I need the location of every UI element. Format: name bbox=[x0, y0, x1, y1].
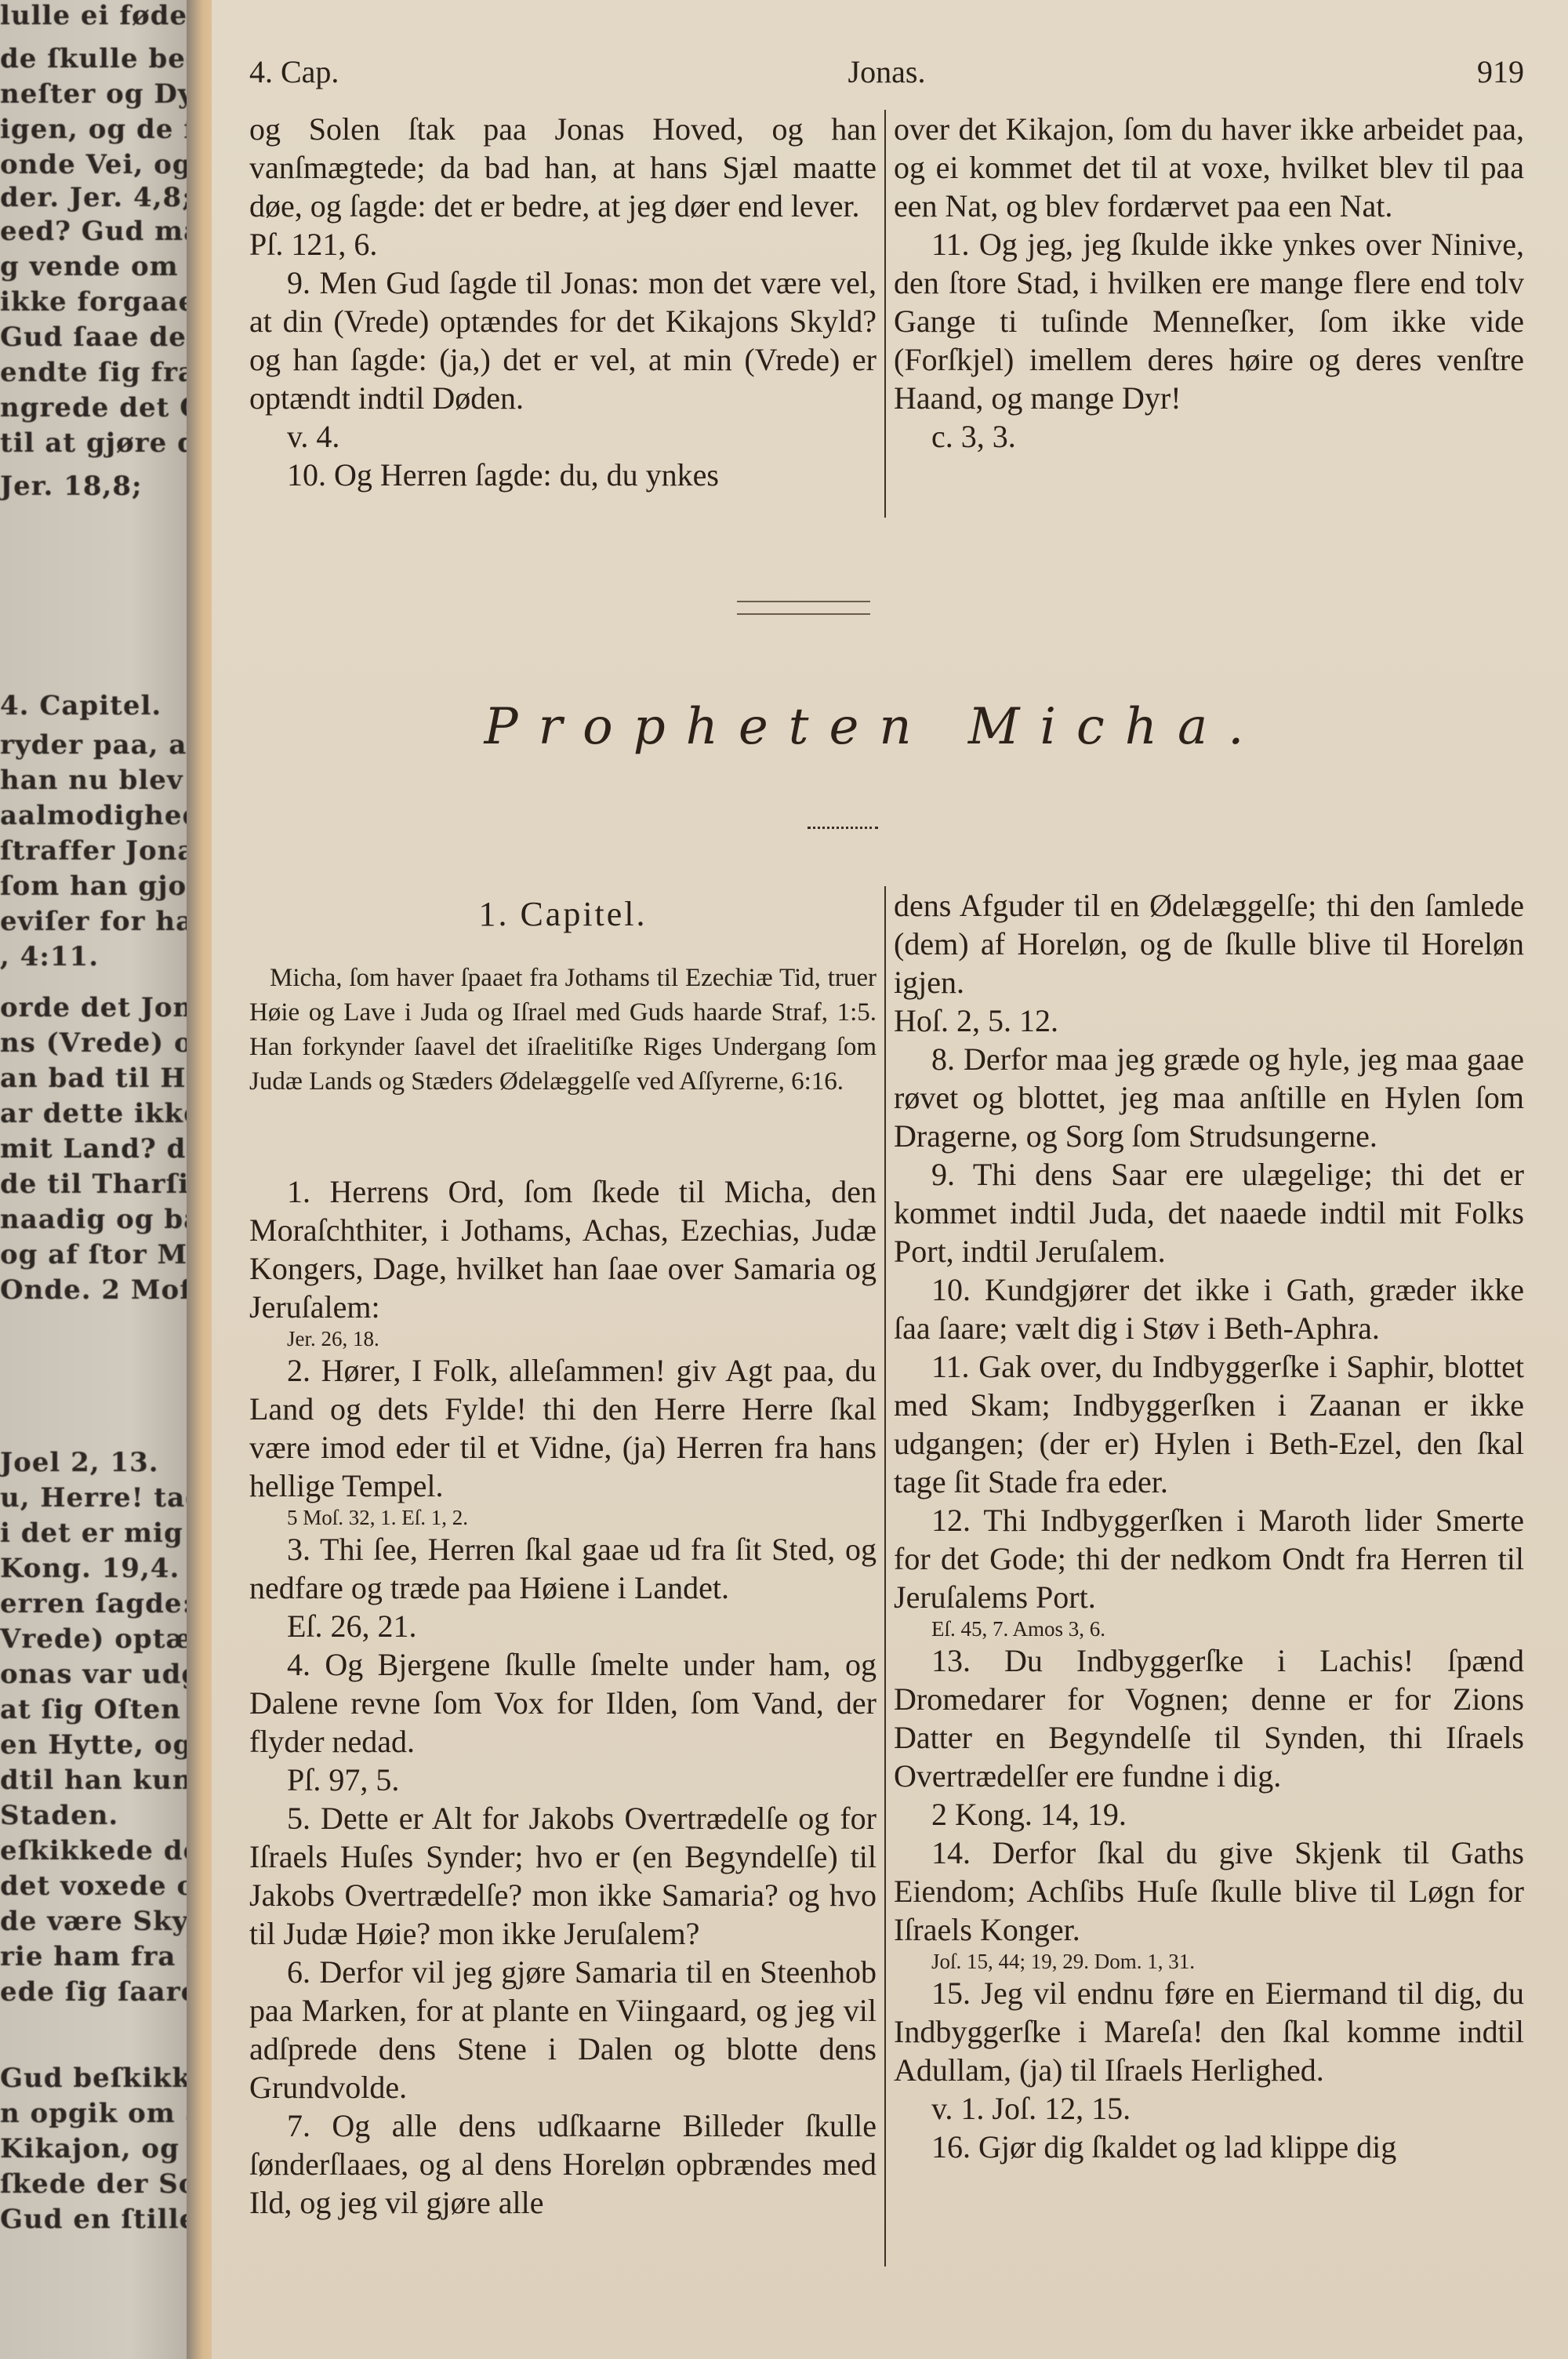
facing-page-line: det voxede op over J bbox=[0, 1870, 187, 1902]
facing-page-fragment: lulle ei fødes ogde ſkulle bedækkes medn… bbox=[0, 0, 187, 2359]
verse-text: 9. Men Gud ſagde til Jonas: mon det være… bbox=[249, 265, 877, 416]
verse-paragraph: 9. Thi dens Saar ere ulægelige; thi det … bbox=[894, 1155, 1524, 1270]
cross-reference: c. 3, 3. bbox=[894, 417, 1524, 456]
verse-text: 16. Gjør dig ſkaldet og lad klippe dig bbox=[931, 2129, 1396, 2165]
facing-page-line: endte ſig fra deres ond bbox=[0, 357, 187, 388]
verse-paragraph: 9. Men Gud ſagde til Jonas: mon det være… bbox=[249, 264, 877, 456]
cross-reference: Hoſ. 2, 5. 12. bbox=[894, 1001, 1524, 1040]
facing-page-line: ar dette ikke mit Ord, bbox=[0, 1098, 187, 1129]
verse-paragraph: 10. Og Herren ſagde: du, du ynkes bbox=[249, 456, 877, 494]
facing-page-line: dtil han kunde ſee, hvad bbox=[0, 1765, 187, 1796]
facing-page-line: Onde. 2 Moſ. 34 bbox=[0, 1274, 187, 1306]
column-rule bbox=[884, 110, 886, 518]
cross-reference: Pſ. 121, 6. bbox=[249, 225, 877, 264]
facing-page-line: ſom han gjorde for ham bbox=[0, 871, 187, 902]
facing-page-line: Gud en ſtille Østen bbox=[0, 2204, 187, 2235]
facing-page-line: de ſkulle bedækkes med bbox=[0, 43, 187, 75]
verse-paragraph: over det Kikajon, ſom du haver ikke arbe… bbox=[894, 110, 1524, 225]
facing-page-line: og af ſtor Miſkundhed bbox=[0, 1239, 187, 1270]
verse-text: 3. Thi ſee, Herren ſkal gaae ud fra ſit … bbox=[249, 1532, 877, 1605]
facing-page-line: neſter og Dyr, og ra bbox=[0, 78, 187, 110]
verse-paragraph: 1. Herrens Ord, ſom ſkede til Micha, den… bbox=[249, 1172, 877, 1351]
cross-reference: Jer. 26, 18. bbox=[249, 1326, 877, 1351]
jonas-right-column: over det Kikajon, ſom du haver ikke arbe… bbox=[894, 110, 1524, 456]
cross-reference: v. 1. Joſ. 12, 15. bbox=[894, 2089, 1524, 2128]
facing-page-line: Kong. 19,4. Job 7,16; bbox=[0, 1553, 187, 1584]
verse-text: over det Kikajon, ſom du haver ikke arbe… bbox=[894, 111, 1524, 224]
verse-paragraph: 13. Du Indbyggerſke i Lachis! ſpænd Drom… bbox=[894, 1641, 1524, 1834]
verse-text: 14. Derfor ſkal du give Skjenk til Gaths… bbox=[894, 1835, 1524, 1947]
facing-page-line: ede ſig ſaare meget ved bbox=[0, 1976, 187, 2008]
verse-paragraph: 10. Kundgjører det ikke i Gath, græder i… bbox=[894, 1270, 1524, 1347]
running-head-chapter: 4. Cap. bbox=[249, 53, 339, 90]
facing-page-line: en Hytte, og ſad derun bbox=[0, 1729, 187, 1761]
verse-text: 13. Du Indbyggerſke i Lachis! ſpænd Drom… bbox=[894, 1643, 1524, 1794]
verse-paragraph: 2. Hører, I Folk, alleſammen! giv Agt pa… bbox=[249, 1351, 877, 1530]
verse-text: 1. Herrens Ord, ſom ſkede til Micha, den… bbox=[249, 1174, 877, 1325]
facing-page-line: han nu blev anſeet ſom en bbox=[0, 765, 187, 796]
verse-text: 15. Jeg vil endnu føre en Eiermand til d… bbox=[894, 1976, 1524, 2088]
facing-page-line: Vrede) optændes? bbox=[0, 1623, 187, 1655]
verse-paragraph: 11. Og jeg, jeg ſkulde ikke ynkes over N… bbox=[894, 225, 1524, 456]
verse-text: 8. Derfor maa jeg græde og hyle, jeg maa… bbox=[894, 1041, 1524, 1154]
facing-page-line: Joel 2, 13. bbox=[0, 1447, 159, 1478]
book-title: Propheten Micha. bbox=[0, 698, 1568, 756]
verse-paragraph: 5. Dette er Alt for Jakobs Overtrædelſe … bbox=[249, 1799, 877, 1953]
verse-text: 11. Gak over, du Indbyggerſke i Saphir, … bbox=[894, 1349, 1524, 1499]
facing-page-line: lulle ei fødes og bbox=[0, 0, 187, 31]
verse-text: og Solen ſtak paa Jonas Hoved, og han va… bbox=[249, 111, 877, 224]
cross-reference: v. 4. bbox=[249, 417, 877, 456]
facing-page-line: g vende om fra ſin g bbox=[0, 251, 187, 282]
facing-page-line: til at gjøre dem, og gjo bbox=[0, 427, 187, 459]
verse-paragraph: 11. Gak over, du Indbyggerſke i Saphir, … bbox=[894, 1347, 1524, 1501]
facing-page-line: Staden. bbox=[0, 1800, 118, 1831]
verse-paragraph: 14. Derfor ſkal du give Skjenk til Gaths… bbox=[894, 1834, 1524, 1974]
chapter-summary: Micha, ſom haver ſpaaet fra Jothams til … bbox=[249, 961, 877, 1099]
cross-reference: 2 Kong. 14, 19. bbox=[894, 1795, 1524, 1834]
verse-paragraph: 16. Gjør dig ſkaldet og lad klippe dig bbox=[894, 2128, 1524, 2166]
verse-text: 2. Hører, I Folk, alleſammen! giv Agt pa… bbox=[249, 1353, 877, 1503]
facing-page-line: de til Tharſis; thi jeg bbox=[0, 1169, 187, 1200]
facing-page-line: at ſig Oſten for Staden bbox=[0, 1694, 187, 1725]
facing-page-line: orde det Jonas ganſke bbox=[0, 992, 187, 1023]
verse-paragraph: 7. Og alle dens udſkaarne Billeder ſkull… bbox=[249, 2106, 877, 2222]
facing-page-line: der. Jer. 4,8; 18,11 bbox=[0, 182, 187, 213]
facing-page-line: u, Herre! tag dog min bbox=[0, 1482, 187, 1514]
verse-paragraph: 4. Og Bjergene ſkulle ſmelte under ham, … bbox=[249, 1645, 877, 1799]
micha-left-column: 1. Herrens Ord, ſom ſkede til Micha, den… bbox=[249, 1172, 877, 2222]
verse-text: 5. Dette er Alt for Jakobs Overtrædelſe … bbox=[249, 1801, 877, 1951]
facing-page-line: naadig og barmhjertig bbox=[0, 1204, 187, 1235]
cross-reference: Eſ. 26, 21. bbox=[249, 1607, 877, 1645]
cross-reference: 5 Moſ. 32, 1. Eſ. 1, 2. bbox=[249, 1505, 877, 1530]
facing-page-line: Gud beſkikkede en Orm bbox=[0, 2063, 187, 2094]
facing-page-line: an bad til Herren og bbox=[0, 1063, 187, 1094]
facing-page-line: ſtraffer Jonas baade med bbox=[0, 835, 187, 867]
facing-page-line: n opgik om anden Dagen bbox=[0, 2098, 187, 2129]
verse-text: 6. Derfor vil jeg gjøre Samaria til en S… bbox=[249, 1954, 877, 2105]
verse-paragraph: 8. Derfor maa jeg græde og hyle, jeg maa… bbox=[894, 1040, 1524, 1155]
verse-text: dens Afguder til en Ødelæggelſe; thi den… bbox=[894, 888, 1524, 1000]
facing-page-line: ikke forgaae. bbox=[0, 286, 187, 318]
facing-page-line: , 4:11. bbox=[0, 941, 99, 972]
running-head: 4. Cap. Jonas. 919 bbox=[249, 53, 1524, 100]
verse-paragraph: 12. Thi Indbyggerſken i Maroth lider Sme… bbox=[894, 1501, 1524, 1641]
facing-page-line: ſkede der Solen var o bbox=[0, 2168, 187, 2200]
verse-text: 10. Og Herren ſagde: du, du ynkes bbox=[287, 457, 719, 493]
verse-text: 11. Og jeg, jeg ſkulde ikke ynkes over N… bbox=[894, 227, 1524, 416]
facing-page-line: aalmodighed, at han maa bbox=[0, 800, 187, 831]
verse-text: 4. Og Bjergene ſkulle ſmelte under ham, … bbox=[249, 1647, 877, 1759]
facing-page-line: mit Land? derfor foreko bbox=[0, 1133, 187, 1165]
facing-page-line: rie ham fra hans Onde bbox=[0, 1941, 187, 1972]
micha-right-column: dens Afguder til en Ødelæggelſe; thi den… bbox=[894, 886, 1524, 2166]
facing-page-line: onas var udgangen af St bbox=[0, 1659, 187, 1690]
page-number: 919 bbox=[1477, 53, 1524, 90]
facing-page-line: Gud ſaae deres Gjern bbox=[0, 322, 187, 353]
facing-page-line: eſkikkede den Herre Gud bbox=[0, 1835, 187, 1866]
verse-text: 9. Thi dens Saar ere ulægelige; thi det … bbox=[894, 1157, 1524, 1269]
verse-paragraph: og Solen ſtak paa Jonas Hoved, og han va… bbox=[249, 110, 877, 264]
verse-text: 7. Og alle dens udſkaarne Billeder ſkull… bbox=[249, 2108, 877, 2220]
facing-page-line: ns (Vrede) optændtes. bbox=[0, 1027, 187, 1059]
facing-page-line: ngrede det Onde, ſom bbox=[0, 392, 187, 423]
facing-page-line: eviſer for ham, hvor ubillig bbox=[0, 906, 187, 937]
facing-page-line: igen, og de ſkulle omv bbox=[0, 114, 187, 145]
facing-page-line: Jer. 18,8; bbox=[0, 471, 143, 502]
jonas-left-column: og Solen ſtak paa Jonas Hoved, og han va… bbox=[249, 110, 877, 494]
facing-page-line: de være Skygge over bbox=[0, 1906, 187, 1937]
facing-page-line: i det er mig bedre at dø bbox=[0, 1518, 187, 1549]
column-rule bbox=[884, 886, 886, 2266]
cross-reference: Eſ. 45, 7. Amos 3, 6. bbox=[894, 1616, 1524, 1641]
facing-page-line: Kikajon, og det viſnede bbox=[0, 2133, 187, 2165]
verse-paragraph: 15. Jeg vil endnu føre en Eiermand til d… bbox=[894, 1974, 1524, 2128]
title-dotted-rule bbox=[808, 827, 878, 831]
running-head-book: Jonas. bbox=[848, 53, 926, 90]
cross-reference: Joſ. 15, 44; 19, 29. Dom. 1, 31. bbox=[894, 1949, 1524, 1974]
verse-text: 10. Kundgjører det ikke i Gath, græder i… bbox=[894, 1272, 1524, 1346]
verse-paragraph: dens Afguder til en Ødelæggelſe; thi den… bbox=[894, 886, 1524, 1040]
chapter-heading: 1. Capitel. bbox=[249, 894, 877, 934]
verse-text: 12. Thi Indbyggerſken i Maroth lider Sme… bbox=[894, 1503, 1524, 1615]
facing-page-line: erren ſagde: mon det bbox=[0, 1588, 187, 1619]
verse-paragraph: 6. Derfor vil jeg gjøre Samaria til en S… bbox=[249, 1953, 877, 2106]
cross-reference: Pſ. 97, 5. bbox=[249, 1761, 877, 1799]
verse-paragraph: 3. Thi ſee, Herren ſkal gaae ud fra ſit … bbox=[249, 1530, 877, 1645]
facing-page-line: onde Vei, og fra Vold bbox=[0, 149, 187, 180]
section-divider-double-rule bbox=[737, 601, 870, 615]
facing-page-line: eed? Gud maatte vende bbox=[0, 216, 187, 247]
